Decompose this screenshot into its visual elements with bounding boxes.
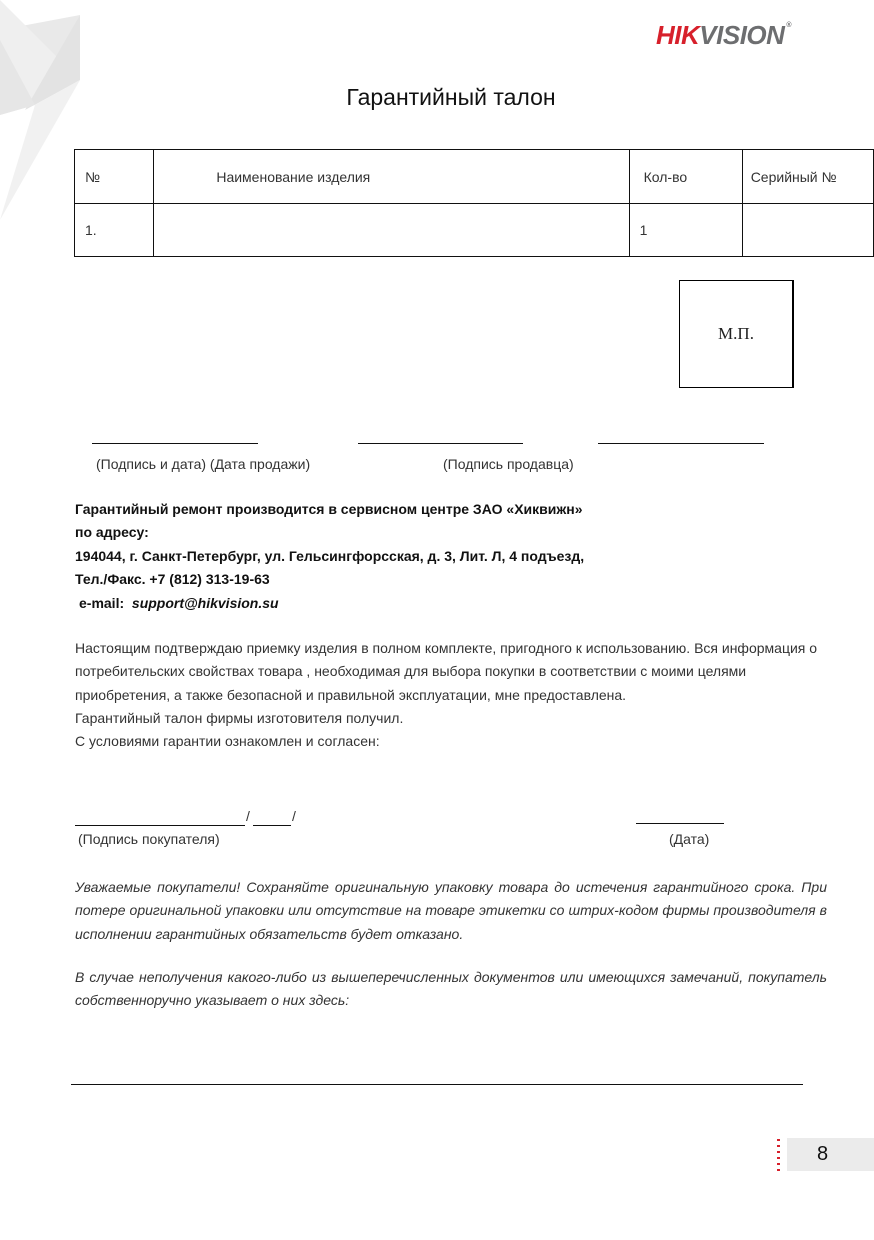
- email-label: e-mail:: [79, 595, 124, 611]
- header-product-name: Наименование изделия: [154, 150, 629, 204]
- registered-mark: ®: [786, 22, 791, 29]
- slash: /: [292, 808, 296, 824]
- remarks-line: [71, 1084, 803, 1085]
- confirmation-agreement: С условиями гарантии ознакомлен и соглас…: [75, 730, 835, 753]
- buyer-date-line: [636, 823, 724, 824]
- cell-product-name[interactable]: [154, 204, 629, 257]
- service-address: 194044, г. Санкт-Петербург, ул. Гельсинг…: [75, 545, 584, 568]
- buyer-name-line: [253, 825, 291, 826]
- confirmation-text: Настоящим подтверждаю приемку изделия в …: [75, 637, 835, 753]
- product-table: № Наименование изделия Кол-во Серийный №…: [74, 149, 874, 257]
- signature-line-seller: [598, 443, 764, 444]
- cell-quantity: 1: [629, 204, 742, 257]
- signature-label-date: (Подпись и дата) (Дата продажи): [96, 456, 310, 472]
- service-center-info: Гарантийный ремонт производится в сервис…: [75, 498, 584, 615]
- stamp-box: М.П.: [679, 280, 794, 388]
- signature-line-sale-date: [358, 443, 523, 444]
- page-title: Гарантийный талон: [0, 84, 874, 111]
- email-link[interactable]: support@hikvision.su: [132, 595, 279, 611]
- table-row: 1. 1: [75, 204, 874, 257]
- logo-vision: VISION: [699, 20, 784, 50]
- service-email-row: e-mail: support@hikvision.su: [75, 592, 584, 615]
- hikvision-logo: HIKVISION®: [656, 20, 791, 51]
- signature-label-seller: (Подпись продавца): [443, 456, 574, 472]
- buyer-signature-line: [75, 825, 245, 826]
- service-phone: Тел./Факс. +7 (812) 313-19-63: [75, 568, 584, 591]
- dotted-divider: [777, 1139, 780, 1171]
- logo-hik: HIK: [656, 20, 699, 50]
- header-number: №: [75, 150, 154, 204]
- missing-documents-notice: В случае неполучения какого-либо из выше…: [75, 966, 827, 1013]
- service-address-label: по адресу:: [75, 521, 584, 544]
- cell-number: 1.: [75, 204, 154, 257]
- stamp-label: М.П.: [718, 324, 754, 344]
- header-quantity: Кол-во: [629, 150, 742, 204]
- packaging-notice: Уважаемые покупатели! Сохраняйте оригина…: [75, 876, 827, 946]
- page-number: 8: [787, 1138, 874, 1171]
- service-line: Гарантийный ремонт производится в сервис…: [75, 498, 584, 521]
- signature-line-date: [92, 443, 258, 444]
- confirmation-receipt: Гарантийный талон фирмы изготовителя пол…: [75, 707, 835, 730]
- buyer-date-label: (Дата): [669, 831, 709, 847]
- slash: /: [246, 808, 250, 824]
- table-header-row: № Наименование изделия Кол-во Серийный №: [75, 150, 874, 204]
- page-number-text: 8: [817, 1143, 828, 1166]
- buyer-signature-label: (Подпись покупателя): [78, 831, 220, 847]
- cell-serial[interactable]: [742, 204, 873, 257]
- confirmation-paragraph: Настоящим подтверждаю приемку изделия в …: [75, 637, 835, 707]
- header-serial: Серийный №: [742, 150, 873, 204]
